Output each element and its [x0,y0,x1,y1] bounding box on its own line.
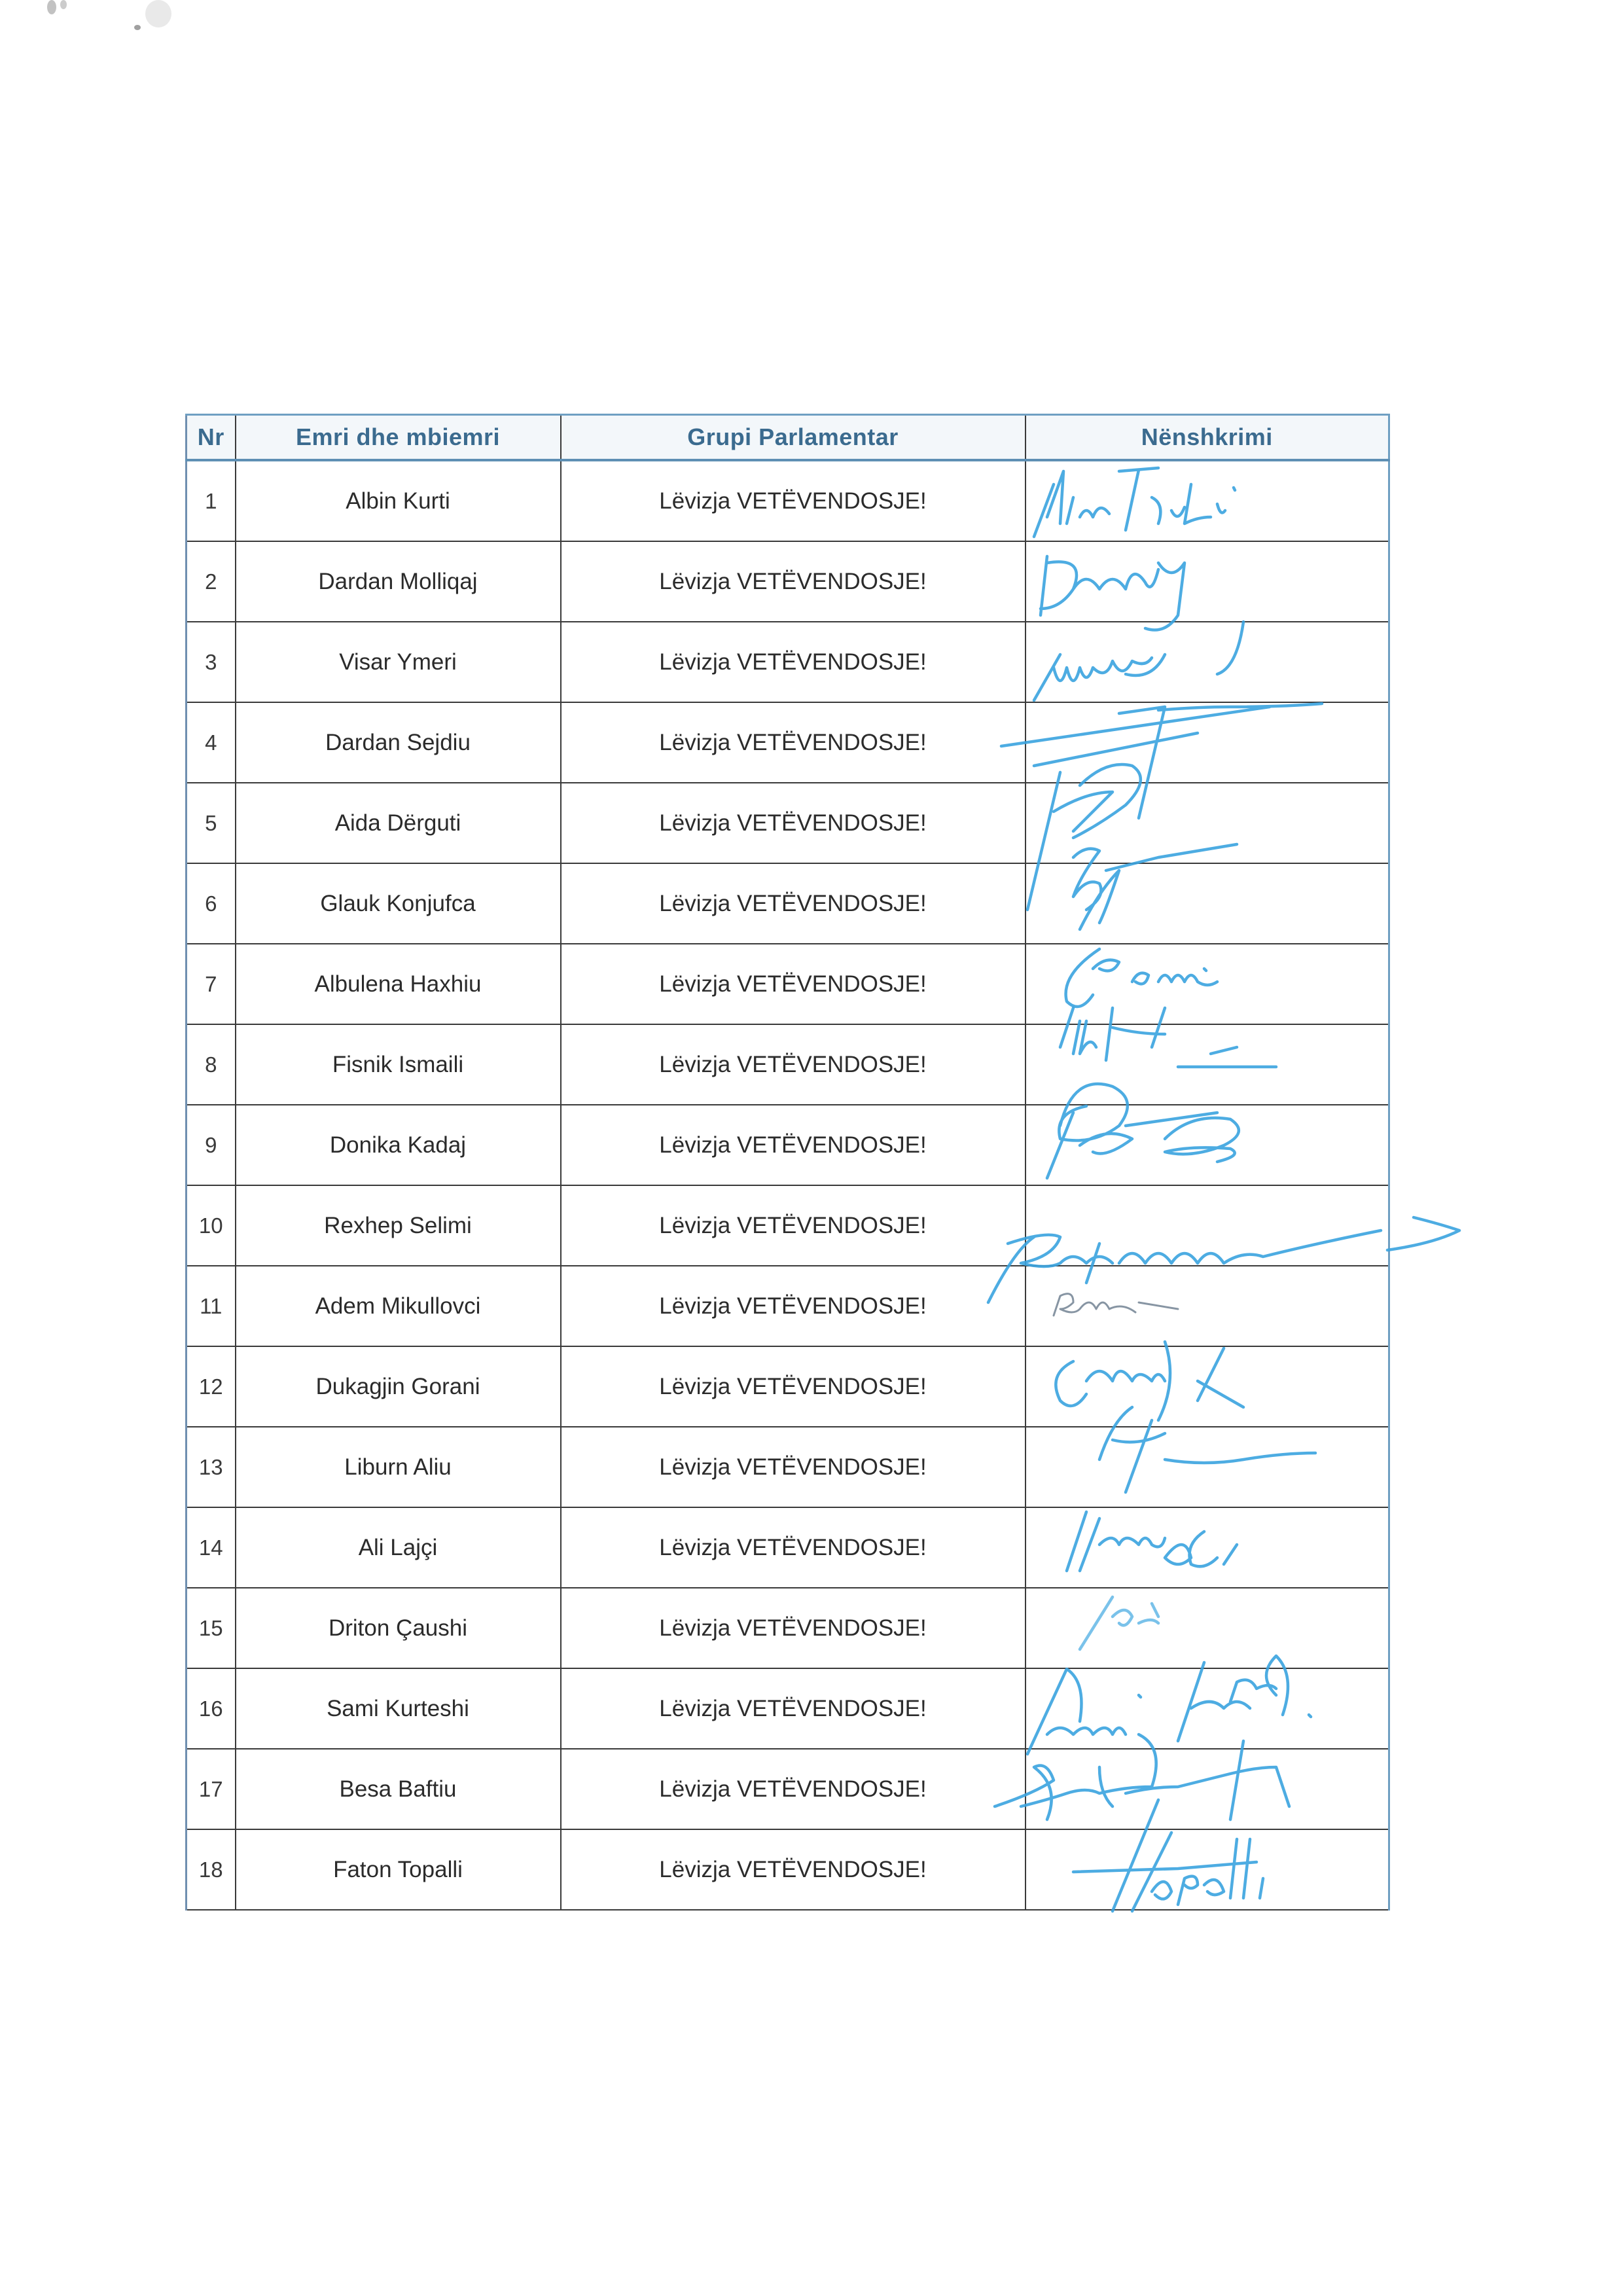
table-row: 10Rexhep SelimiLëvizja VETËVENDOSJE! [187,1185,1389,1266]
signature-cell [1026,1829,1389,1910]
member-name: Ali Lajçi [236,1507,561,1588]
parliamentary-group: Lëvizja VETËVENDOSJE! [561,1105,1026,1185]
parliamentary-group: Lëvizja VETËVENDOSJE! [561,1829,1026,1910]
member-name: Aida Dërguti [236,783,561,863]
row-number: 16 [187,1668,236,1749]
table-row: 2Dardan MolliqajLëvizja VETËVENDOSJE! [187,541,1389,622]
table-row: 8Fisnik IsmailiLëvizja VETËVENDOSJE! [187,1024,1389,1105]
row-number: 8 [187,1024,236,1105]
signature-cell [1026,622,1389,702]
scan-artifact [47,0,56,14]
member-name: Albin Kurti [236,460,561,541]
row-number: 10 [187,1185,236,1266]
member-name: Besa Baftiu [236,1749,561,1829]
member-name: Rexhep Selimi [236,1185,561,1266]
member-name: Fisnik Ismaili [236,1024,561,1105]
row-number: 18 [187,1829,236,1910]
header-signature: Nënshkrimi [1026,415,1389,461]
signature-cell [1026,1668,1389,1749]
member-name: Dukagjin Gorani [236,1346,561,1427]
parliamentary-group: Lëvizja VETËVENDOSJE! [561,783,1026,863]
row-number: 4 [187,702,236,783]
member-name: Visar Ymeri [236,622,561,702]
parliamentary-group: Lëvizja VETËVENDOSJE! [561,1266,1026,1346]
row-number: 1 [187,460,236,541]
row-number: 13 [187,1427,236,1507]
row-number: 11 [187,1266,236,1346]
parliamentary-group: Lëvizja VETËVENDOSJE! [561,1749,1026,1829]
signature-cell [1026,1427,1389,1507]
signature-cell [1026,1266,1389,1346]
header-name: Emri dhe mbiemri [236,415,561,461]
row-number: 5 [187,783,236,863]
member-name: Faton Topalli [236,1829,561,1910]
signature-cell [1026,1024,1389,1105]
signature-cell [1026,702,1389,783]
signature-cell [1026,1185,1389,1266]
signature-cell [1026,1346,1389,1427]
row-number: 14 [187,1507,236,1588]
table-header-row: Nr Emri dhe mbiemri Grupi Parlamentar Në… [187,415,1389,461]
parliamentary-group: Lëvizja VETËVENDOSJE! [561,944,1026,1024]
signature-cell [1026,1588,1389,1668]
table-row: 16Sami KurteshiLëvizja VETËVENDOSJE! [187,1668,1389,1749]
parliamentary-group: Lëvizja VETËVENDOSJE! [561,1024,1026,1105]
parliamentary-group: Lëvizja VETËVENDOSJE! [561,1427,1026,1507]
member-name: Dardan Molliqaj [236,541,561,622]
row-number: 2 [187,541,236,622]
row-number: 12 [187,1346,236,1427]
signature-cell [1026,783,1389,863]
member-name: Dardan Sejdiu [236,702,561,783]
parliamentary-group: Lëvizja VETËVENDOSJE! [561,541,1026,622]
row-number: 15 [187,1588,236,1668]
parliamentary-group: Lëvizja VETËVENDOSJE! [561,1668,1026,1749]
member-name: Sami Kurteshi [236,1668,561,1749]
header-group: Grupi Parlamentar [561,415,1026,461]
parliamentary-group: Lëvizja VETËVENDOSJE! [561,863,1026,944]
member-name: Adem Mikullovci [236,1266,561,1346]
member-name: Driton Çaushi [236,1588,561,1668]
table-row: 7Albulena HaxhiuLëvizja VETËVENDOSJE! [187,944,1389,1024]
table-row: 4Dardan SejdiuLëvizja VETËVENDOSJE! [187,702,1389,783]
signature-cell [1026,944,1389,1024]
table-row: 6Glauk KonjufcaLëvizja VETËVENDOSJE! [187,863,1389,944]
table-row: 1Albin KurtiLëvizja VETËVENDOSJE! [187,460,1389,541]
table-row: 11Adem MikullovciLëvizja VETËVENDOSJE! [187,1266,1389,1346]
row-number: 3 [187,622,236,702]
parliamentary-group: Lëvizja VETËVENDOSJE! [561,1588,1026,1668]
parliamentary-group: Lëvizja VETËVENDOSJE! [561,622,1026,702]
table-row: 18Faton TopalliLëvizja VETËVENDOSJE! [187,1829,1389,1910]
signature-cell [1026,1507,1389,1588]
member-name: Glauk Konjufca [236,863,561,944]
row-number: 9 [187,1105,236,1185]
table-row: 12Dukagjin GoraniLëvizja VETËVENDOSJE! [187,1346,1389,1427]
signature-cell [1026,1105,1389,1185]
row-number: 6 [187,863,236,944]
parliamentary-group: Lëvizja VETËVENDOSJE! [561,702,1026,783]
header-nr: Nr [187,415,236,461]
member-name: Liburn Aliu [236,1427,561,1507]
signature-sheet: Nr Emri dhe mbiemri Grupi Parlamentar Në… [185,414,1388,1910]
table-row: 13Liburn AliuLëvizja VETËVENDOSJE! [187,1427,1389,1507]
table-row: 15Driton ÇaushiLëvizja VETËVENDOSJE! [187,1588,1389,1668]
row-number: 17 [187,1749,236,1829]
row-number: 7 [187,944,236,1024]
signature-cell [1026,460,1389,541]
member-name: Albulena Haxhiu [236,944,561,1024]
parliamentary-group: Lëvizja VETËVENDOSJE! [561,1507,1026,1588]
signature-cell [1026,1749,1389,1829]
table-row: 9Donika KadajLëvizja VETËVENDOSJE! [187,1105,1389,1185]
table-row: 5Aida DërgutiLëvizja VETËVENDOSJE! [187,783,1389,863]
signature-cell [1026,541,1389,622]
parliamentary-group: Lëvizja VETËVENDOSJE! [561,1346,1026,1427]
table-row: 14Ali LajçiLëvizja VETËVENDOSJE! [187,1507,1389,1588]
signature-table: Nr Emri dhe mbiemri Grupi Parlamentar Në… [185,414,1390,1910]
scan-artifact [134,25,141,30]
scan-artifact [145,0,171,27]
table-row: 3Visar YmeriLëvizja VETËVENDOSJE! [187,622,1389,702]
signature-cell [1026,863,1389,944]
parliamentary-group: Lëvizja VETËVENDOSJE! [561,460,1026,541]
scan-artifact [60,0,67,9]
table-row: 17Besa BaftiuLëvizja VETËVENDOSJE! [187,1749,1389,1829]
parliamentary-group: Lëvizja VETËVENDOSJE! [561,1185,1026,1266]
member-name: Donika Kadaj [236,1105,561,1185]
